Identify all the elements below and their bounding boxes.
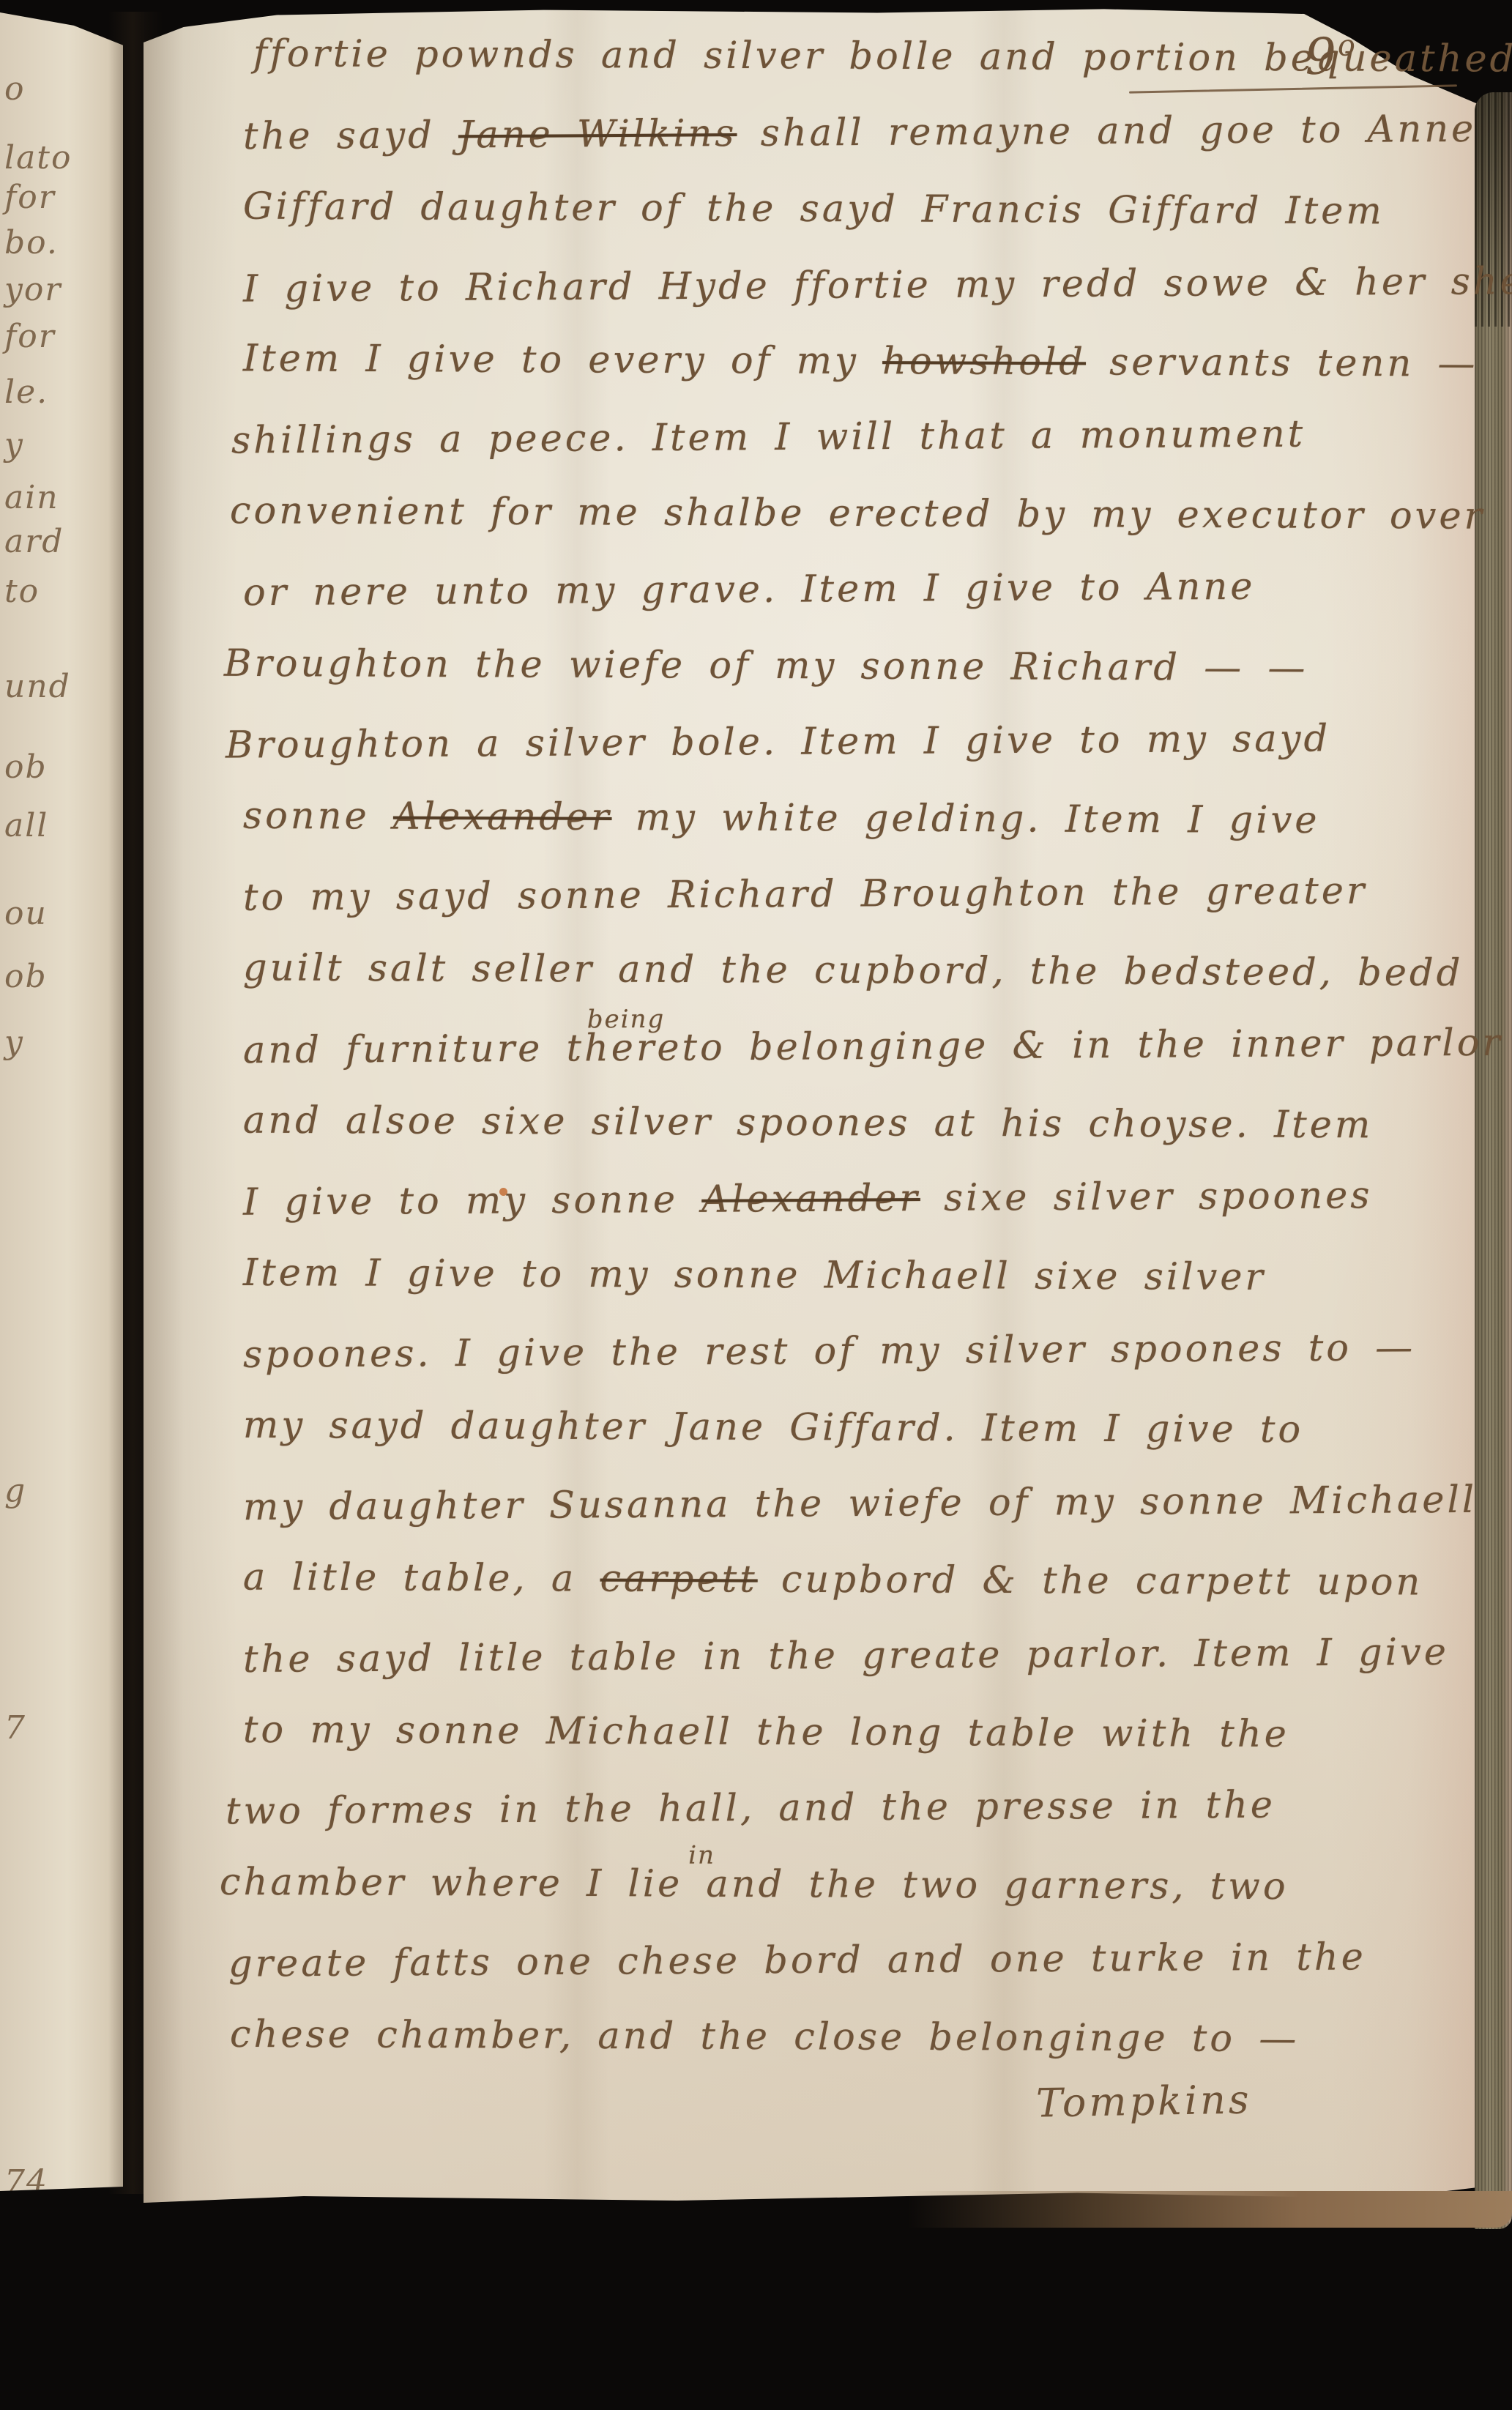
manuscript-line: my daughter Susanna the wiefe of my sonn… <box>243 1479 1477 1529</box>
left-page-fragment: und <box>4 668 71 705</box>
left-page-fragment: bo. <box>4 224 59 261</box>
line-text: cupbord & the carpett upon <box>758 1558 1423 1604</box>
line-text: servants tenn — <box>1086 341 1478 385</box>
line-text: the sayd <box>243 114 458 158</box>
interlinear-insertion: being <box>587 1005 666 1035</box>
manuscript-line: my sayd daughter Jane Giffard. Item I gi… <box>243 1404 1303 1451</box>
manuscript-line: the sayd litle table in the greate parlo… <box>243 1631 1449 1681</box>
left-page-fragment: yor <box>4 271 62 308</box>
left-page-fragment: ob <box>4 748 48 786</box>
manuscript-line: two formes in the hall, and the presse i… <box>226 1784 1275 1834</box>
left-page-fragment: y <box>4 426 24 464</box>
left-page-fragment: 74 <box>4 2163 48 2201</box>
struck-word: Alexander <box>701 1177 920 1221</box>
manuscript-line: Item I give to my sonne Michaell sixe si… <box>243 1252 1266 1299</box>
manuscript-photo: olatoforbo.yorforle.yainardtoundoballouo… <box>0 0 1512 2410</box>
struck-word: howshold <box>882 340 1086 384</box>
interlinear-insertion: in <box>688 1841 715 1870</box>
manuscript-line: sonne Alexander my white gelding. Item I… <box>243 795 1320 842</box>
line-text: Item I give to every of my <box>243 337 882 383</box>
manuscript-line: to my sonne Michaell the long table with… <box>243 1708 1289 1756</box>
struck-word: Alexander <box>393 795 612 839</box>
left-page-fragment: 7 <box>4 1709 26 1747</box>
left-page-fragment: all <box>4 807 48 844</box>
left-page-fragment: for <box>4 318 56 355</box>
line-text: I give to my sonne <box>243 1178 702 1224</box>
struck-word: Jane Wilkins <box>458 112 737 157</box>
manuscript-line: the sayd Jane Wilkins shall remayne and … <box>243 108 1477 158</box>
line-text: shall remayne and goe to Anne <box>737 108 1476 155</box>
manuscript-line: guilt salt seller and the cupbord, the b… <box>243 946 1464 994</box>
left-page-fragment: le. <box>4 373 48 411</box>
manuscript-line: I give to Richard Hyde ffortie my redd s… <box>243 259 1512 310</box>
manuscript-line: and alsoe sixe silver spoones at his cho… <box>243 1099 1374 1148</box>
facing-page-edge: olatoforbo.yorforle.yainardtoundoballouo… <box>0 6 123 2191</box>
manuscript-line: chese chamber, and the close belonginge … <box>230 2013 1300 2061</box>
manuscript-text-block: ffortie pownds and silver bolle and port… <box>144 7 1478 2203</box>
line-text: sixe silver spoones <box>920 1174 1373 1220</box>
manuscript-line: ffortie pownds and silver bolle and port… <box>253 32 1512 81</box>
left-page-fragment: g <box>4 1472 26 1509</box>
struck-word: carpett <box>600 1558 757 1602</box>
catchword: Tompkins <box>1035 2076 1252 2126</box>
line-text: sonne <box>243 795 393 838</box>
manuscript-line: chamber where I lie and the two garners,… <box>220 1861 1289 1908</box>
manuscript-line: convenient for me shalbe erected by my e… <box>230 489 1485 538</box>
left-page-fragment: o <box>4 70 26 108</box>
left-page-fragment: ain <box>4 479 59 516</box>
manuscript-line: greate fatts one chese bord and one turk… <box>228 1935 1366 1985</box>
left-page-fragment: ob <box>4 958 48 995</box>
left-page-fragment: ard <box>4 523 64 560</box>
manuscript-line: shillings a peece. Item I will that a mo… <box>231 413 1306 463</box>
manuscript-line: and furniture thereto belonginge & in th… <box>243 1022 1503 1073</box>
manuscript-line: Item I give to every of my howshold serv… <box>243 337 1478 385</box>
manuscript-line: or nere unto my grave. Item I give to An… <box>243 565 1256 614</box>
manuscript-line: I give to my sonne Alexander sixe silver… <box>243 1174 1373 1224</box>
manuscript-line: to my sayd sonne Richard Broughton the g… <box>243 869 1368 919</box>
book-fore-edge <box>1475 92 1512 2229</box>
left-page-fragment: ou <box>4 895 48 932</box>
line-text: a litle table, a <box>243 1555 600 1600</box>
manuscript-line: a litle table, a carpett cupbord & the c… <box>243 1555 1423 1604</box>
left-page-fragment: for <box>4 179 56 216</box>
line-text: my white gelding. Item I give <box>611 796 1319 842</box>
manuscript-line: Broughton a silver bole. Item I give to … <box>226 717 1331 767</box>
manuscript-line: Broughton the wiefe of my sonne Richard … <box>224 642 1308 690</box>
manuscript-line: Giffard daughter of the sayd Francis Gif… <box>243 185 1385 234</box>
manuscript-line: spoones. I give the rest of my silver sp… <box>243 1326 1415 1377</box>
left-page-fragment: y <box>4 1024 24 1061</box>
left-page-fragment: to <box>4 573 40 610</box>
left-page-fragment: lato <box>4 139 72 176</box>
